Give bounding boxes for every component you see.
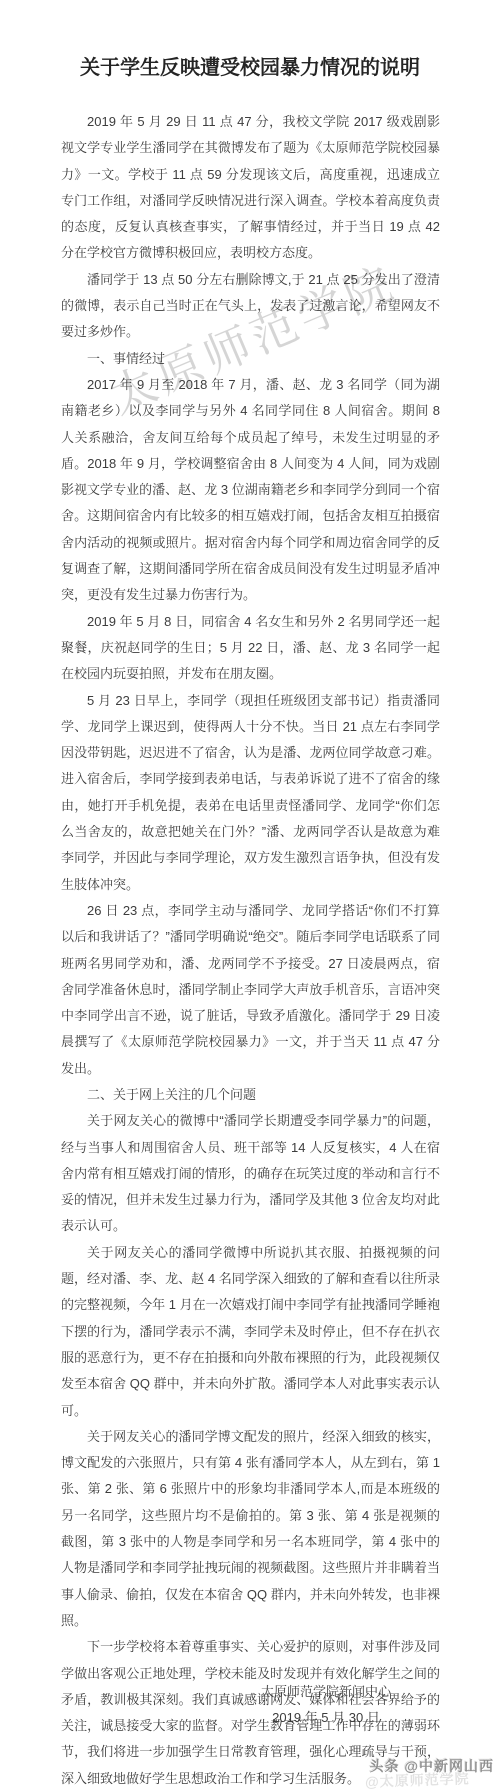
paragraph-clarification: 潘同学于 13 点 50 分左右删除博文,于 21 点 25 分发出了澄清的微博… — [61, 267, 440, 346]
signature-block: 太原师范学院新闻中心 2019 年 5 月 30 日 — [226, 1679, 426, 1731]
section-heading-events: 一、事情经过 — [61, 346, 440, 372]
document-body: 2019 年 5 月 29 日 11 点 47 分，我校文学院 2017 级戏剧… — [61, 109, 440, 1790]
paragraph-dorm-history: 2017 年 9 月至 2018 年 7 月，潘、赵、龙 3 名同学（同为湖南籍… — [61, 372, 440, 609]
paragraph-intro: 2019 年 5 月 29 日 11 点 47 分，我校文学院 2017 级戏剧… — [61, 109, 440, 267]
paragraph-birthday: 2019 年 5 月 8 日，同宿舍 4 名女生和另外 2 名男同学还一起聚餐，… — [61, 609, 440, 688]
paragraph-may26-conflict: 26 日 23 点，李同学主动与潘同学、龙同学搭话“你们不打算以后和我讲话了？”… — [61, 898, 440, 1082]
paragraph-may23-conflict: 5 月 23 日早上，李同学（现担任班级团支部书记）指责潘同学、龙同学上课迟到，… — [61, 688, 440, 898]
page-title: 关于学生反映遭受校园暴力情况的说明 — [0, 54, 500, 82]
document-page: 太原师范学院 关于学生反映遭受校园暴力情况的说明 2019 年 5 月 29 日… — [0, 0, 500, 1790]
paragraph-photos-issue: 关于网友关心的潘同学博文配发的照片，经深入细致的核实，博文配发的六张照片，只有第… — [61, 1424, 440, 1634]
signature-date: 2019 年 5 月 30 日 — [226, 1705, 426, 1731]
signature-author: 太原师范学院新闻中心 — [226, 1679, 426, 1705]
section-heading-questions: 二、关于网上关注的几个问题 — [61, 1082, 440, 1108]
paragraph-video-issue: 关于网友关心的潘同学微博中所说扒其衣服、拍摄视频的问题，经对潘、李、龙、赵 4 … — [61, 1240, 440, 1424]
paragraph-violence-issue: 关于网友关心的微博中“潘同学长期遭受李同学暴力”的问题，经与当事人和周围宿舍人员… — [61, 1108, 440, 1239]
source-credit-watermark: 头条 @中新网山西 — [369, 1756, 494, 1776]
